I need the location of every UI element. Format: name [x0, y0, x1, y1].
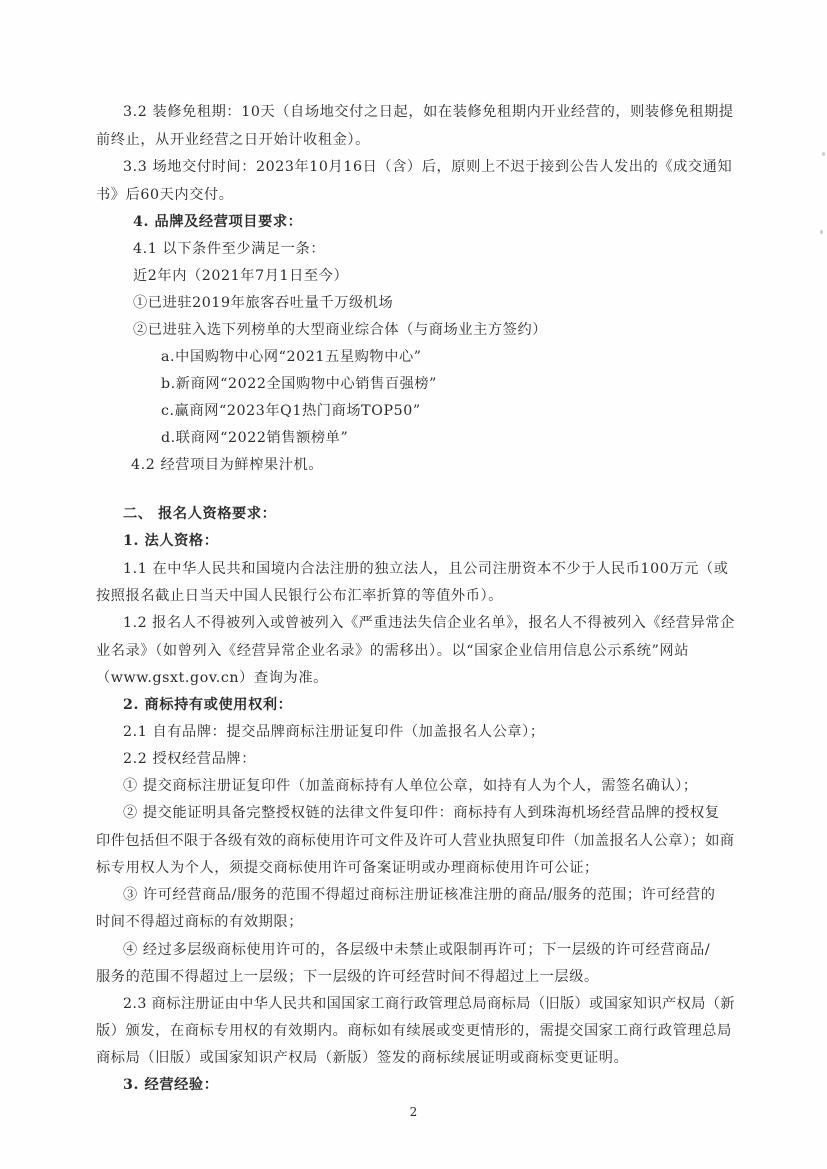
- paragraph-line: 2.1 自有品牌：提交品牌商标注册证复印件（加盖报名人公章）；: [123, 722, 545, 742]
- paragraph-line: 4.1 以下条件至少满足一条：: [133, 239, 325, 259]
- paragraph-line: 2.2 授权经营品牌：: [123, 749, 256, 769]
- paragraph-line: （www.gsxt.gov.cn）查询为准。: [96, 668, 328, 688]
- section-heading: 3. 经营经验：: [123, 1075, 219, 1095]
- paragraph-line: d.联商网“2022销售额榜单”: [161, 428, 348, 448]
- paragraph-line: 2.3 商标注册证由中华人民共和国国家工商行政管理总局商标局（旧版）或国家知识产…: [123, 994, 735, 1014]
- paragraph-line: ②已进驻入选下列榜单的大型商业综合体（与商场业主方签约）: [133, 320, 547, 340]
- paragraph-line: 前终止，从开业经营之日开始计收租金）。: [96, 130, 370, 150]
- paragraph-line: 时间不得超过商标的有效期限；: [96, 912, 303, 932]
- paragraph-line: 3.2 装修免租期：10天（自场地交付之日起，如在装修免租期内开业经营的，则装修…: [123, 102, 734, 122]
- paragraph-line: 版）颁发，在商标专用权的有效期内。商标如有续展或变更情形的，需提交国家工商行政管…: [96, 1021, 732, 1041]
- section-heading: 4. 品牌及经营项目要求：: [133, 212, 302, 232]
- paragraph-line: 标专用权人为个人，须提交商标使用许可备案证明或办理商标使用许可公证；: [96, 858, 599, 878]
- paragraph-line: 服务的范围不得超过上一层级；下一层级的许可经营时间不得超过上一层级。: [96, 967, 599, 987]
- scan-artifact: [822, 152, 825, 156]
- scan-artifact: [820, 230, 823, 234]
- paragraph-line: 3.3 场地交付时间：2023年10月16日（含）后，原则上不迟于接到公告人发出…: [123, 157, 732, 177]
- paragraph-line: ①已进驻2019年旅客吞吐量千万级机场: [133, 293, 393, 313]
- section-heading: 2. 商标持有或使用权利：: [123, 695, 292, 715]
- page-number: 2: [0, 1105, 827, 1119]
- paragraph-line: 4.2 经营项目为鲜榨果汁机。: [131, 455, 323, 475]
- paragraph-line: ② 提交能证明具备完整授权链的法律文件复印件：商标持有人到珠海机场经营品牌的授权…: [123, 803, 720, 823]
- paragraph-line: 1.2 报名人不得被列入或曾被列入《严重违法失信企业名单》，报名人不得被列入《经…: [123, 613, 735, 633]
- paragraph-line: 书》后60天内交付。: [96, 185, 234, 205]
- paragraph-line: 按照报名截止日当天中国人民银行公布汇率折算的等值外币）。: [96, 586, 503, 606]
- document-page: 3.2 装修免租期：10天（自场地交付之日起，如在装修免租期内开业经营的，则装修…: [0, 0, 827, 1169]
- paragraph-line: 业名录》（如曾列入《经营异常企业名录》的需移出）。以“国家企业信用信息公示系统”…: [96, 641, 689, 661]
- section-heading: 1. 法人资格：: [123, 531, 219, 551]
- paragraph-line: 商标局（旧版）或国家知识产权局（新版）签发的商标续展证明或商标变更证明。: [96, 1048, 628, 1068]
- paragraph-line: a.中国购物中心网“2021五星购物中心”: [161, 347, 422, 367]
- section-heading: 二、 报名人资格要求：: [123, 504, 276, 524]
- paragraph-line: 近2年内（2021年7月1日至今）: [133, 266, 348, 286]
- paragraph-line: 印件包括但不限于各级有效的商标使用许可文件及许可人营业执照复印件（加盖报名人公章…: [96, 831, 735, 851]
- paragraph-line: c.赢商网“2023年Q1热门商场TOP50”: [161, 401, 421, 421]
- paragraph-line: b.新商网“2022全国购物中心销售百强榜”: [161, 374, 437, 394]
- paragraph-line: ③ 许可经营商品/服务的范围不得超过商标注册证核准注册的商品/服务的范围；许可经…: [123, 885, 716, 905]
- paragraph-line: ① 提交商标注册证复印件（加盖商标持有人单位公章，如持有人为个人，需签名确认）；: [123, 776, 698, 796]
- paragraph-line: ④ 经过多层级商标使用许可的，各层级中未禁止或限制再许可；下一层级的许可经营商品…: [123, 940, 710, 960]
- paragraph-line: 1.1 在中华人民共和国境内合法注册的独立法人，且公司注册资本不少于人民币100…: [123, 559, 729, 579]
